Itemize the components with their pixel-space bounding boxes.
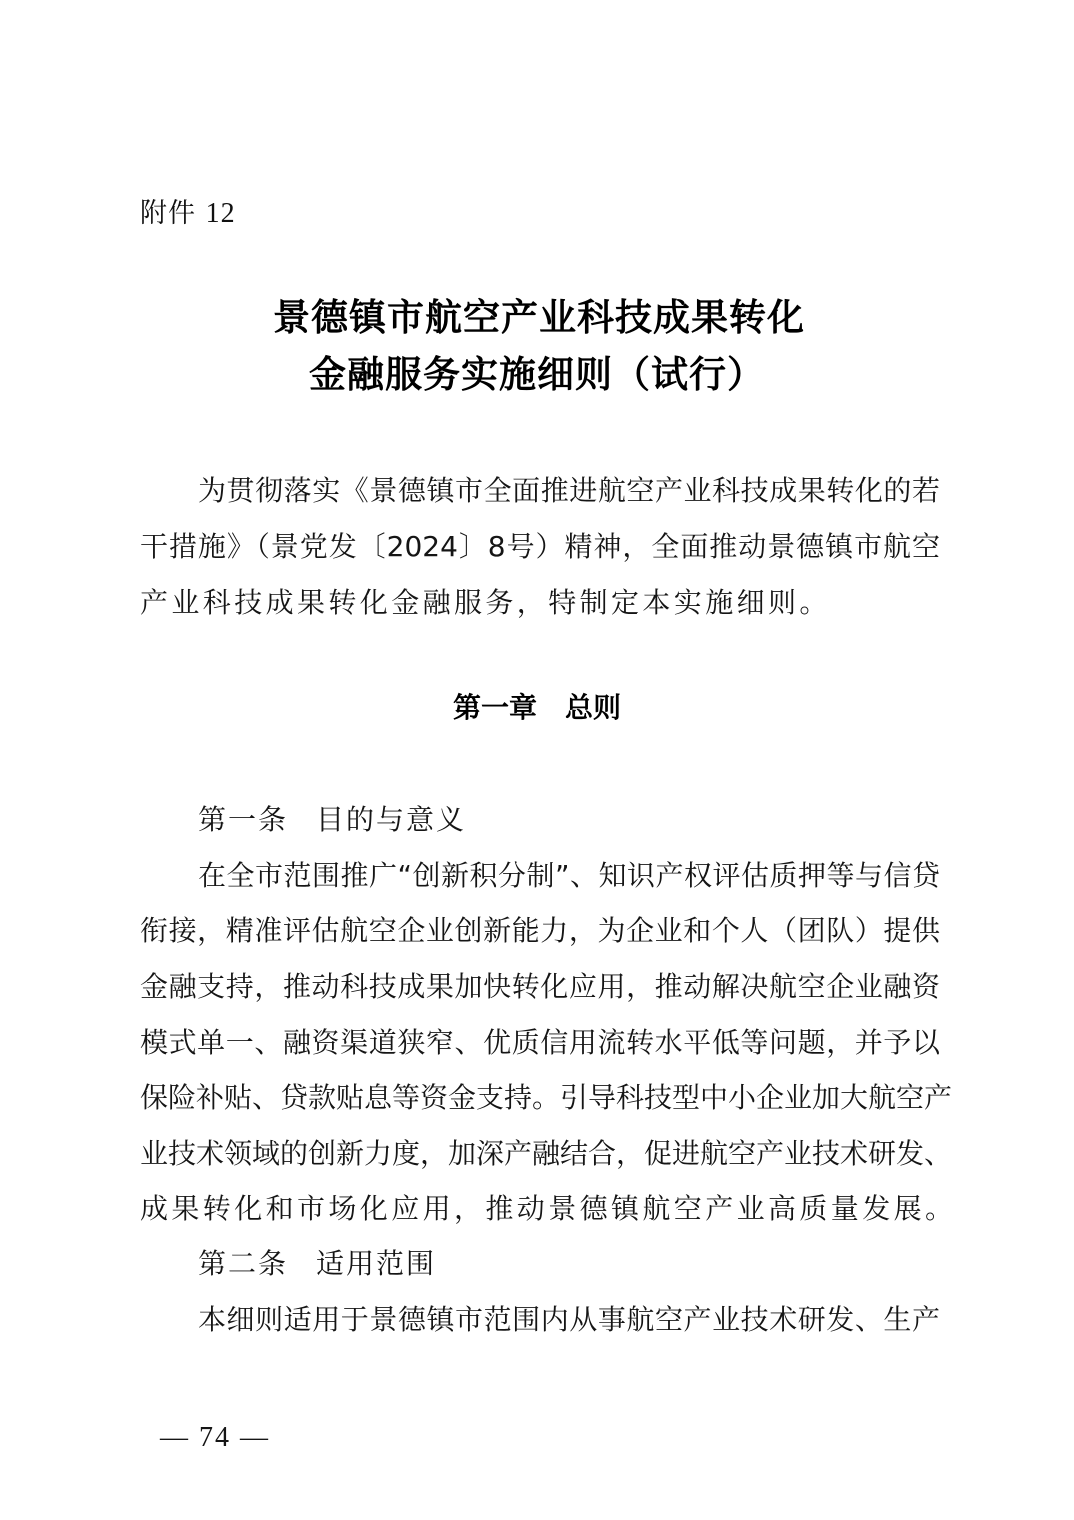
article-number: 第一条	[198, 803, 288, 836]
article-body-line: 本细则适用于景德镇市范围内从事航空产业技术研发、生产	[198, 1300, 940, 1340]
article-body-line: 在全市范围推广“创新积分制”、知识产权评估质押等与信贷	[198, 856, 940, 896]
document-title-line-2: 金融服务实施细则（试行）	[0, 350, 1074, 400]
attachment-number: 12	[206, 198, 236, 229]
article-heading: 第一条目的与意义	[198, 800, 466, 840]
article-name: 适用范围	[316, 1247, 436, 1280]
attachment-prefix: 附件	[140, 198, 196, 229]
document-page: 附件 12 景德镇市航空产业科技成果转化 金融服务实施细则（试行） 为贯彻落实《…	[0, 0, 1074, 1520]
article-heading: 第二条适用范围	[198, 1244, 436, 1284]
chapter-number: 第一章	[453, 691, 537, 724]
page-number: — 74 —	[160, 1418, 270, 1458]
article-body-line: 保险补贴、贷款贴息等资金支持。引导科技型中小企业加大航空产	[140, 1078, 940, 1118]
preamble-line: 产业科技成果转化金融服务，特制定本实施细则。	[140, 583, 940, 623]
article-body-line: 金融支持，推动科技成果加快转化应用，推动解决航空企业融资	[140, 967, 940, 1007]
preamble-line: 干措施》（景党发〔2024〕8号）精神，全面推动景德镇市航空	[140, 527, 940, 567]
chapter-heading: 第一章总则	[0, 688, 1074, 728]
article-body-line: 模式单一、融资渠道狭窄、优质信用流转水平低等问题，并予以	[140, 1023, 940, 1063]
preamble-line: 为贯彻落实《景德镇市全面推进航空产业科技成果转化的若	[198, 471, 940, 511]
chapter-name: 总则	[565, 691, 621, 724]
article-name: 目的与意义	[316, 803, 466, 836]
article-number: 第二条	[198, 1247, 288, 1280]
article-body-line: 业技术领域的创新力度，加深产融结合，促进航空产业技术研发、	[140, 1134, 940, 1174]
attachment-label: 附件 12	[140, 196, 236, 232]
document-title-line-1: 景德镇市航空产业科技成果转化	[2, 293, 1074, 343]
article-body-line: 成果转化和市场化应用，推动景德镇航空产业高质量发展。	[140, 1189, 940, 1229]
article-body-line: 衔接，精准评估航空企业创新能力，为企业和个人（团队）提供	[140, 911, 940, 951]
